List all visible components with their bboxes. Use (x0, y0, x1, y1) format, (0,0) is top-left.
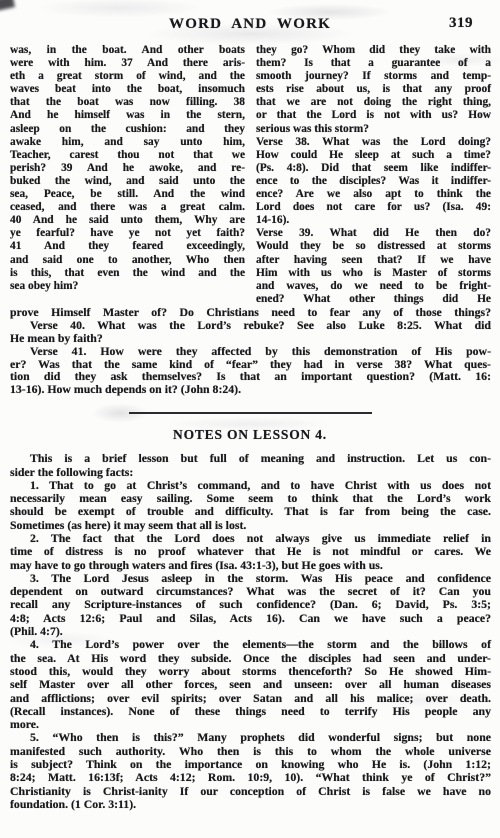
text-line: He mean by faith? (10, 332, 491, 345)
section-divider (129, 412, 372, 414)
notes-heading: NOTES ON LESSON 4. (0, 427, 500, 443)
text-line: stood this, would they worry about storm… (10, 665, 491, 678)
text-line: Verse 39. What did He then do? (256, 227, 491, 240)
text-line: 14-16). (256, 214, 491, 227)
text-line: 8:24; Matt. 16:13f; Acts 4:12; Rom. 10:9… (10, 771, 491, 784)
text-line: self Master over all other forces, seen … (10, 678, 491, 691)
text-line: ence? Are we also apt to think the (256, 188, 491, 201)
text-line: ceased, and there was a great calm. (10, 201, 245, 214)
text-line: awake him, and say unto him, (10, 136, 245, 149)
text-line: necessarily mean easy sailing. Some seem… (10, 492, 491, 505)
text-line: is subject? Think on the importance on k… (10, 758, 491, 771)
text-line: eth a great storm of wind, and the (10, 70, 245, 83)
scripture-text: was, in the boat. And other boatswere wi… (0, 44, 500, 306)
text-line: prove Himself Master of? Do Christians n… (10, 306, 491, 319)
text-line: Christianity is Christ-ianity If our con… (10, 785, 491, 798)
text-line: them? Is that a guarantee of a (256, 57, 491, 70)
text-line: 5. “Who then is this?” Many prophets did… (10, 731, 491, 744)
text-line: perish? 39 And he awoke, and re- (10, 162, 245, 175)
text-line: sider the following facts: (10, 466, 491, 479)
text-line: and said one to another, Who then (10, 254, 245, 267)
text-line: 2. The fact that the Lord does not alway… (10, 532, 491, 545)
text-line: 4:8; Acts 12:6; Paul and Silas, Acts 16)… (10, 612, 491, 625)
questions-section: prove Himself Master of? Do Christians n… (0, 306, 500, 396)
text-line: ye fearful? have ye not yet faith? (10, 227, 245, 240)
text-line: How could He sleep at such a time? (256, 149, 491, 162)
page-header: WORD AND WORK 319 (0, 0, 500, 37)
scripture-column-left: was, in the boat. And other boatswere wi… (10, 44, 245, 306)
text-line: ened? What other things did He (256, 293, 491, 306)
text-line: or that the Lord is not with us? How (256, 109, 491, 122)
text-line: Verse 40. What was the Lord’s rebuke? Se… (10, 319, 491, 332)
text-line: that the boat was now filling. 38 (10, 96, 245, 109)
text-line: Him with us who is Master of storms (256, 267, 491, 280)
text-line: is this, that even the wind and the (10, 267, 245, 280)
text-line: 41 And they feared exceedingly, (10, 240, 245, 253)
scanned-page: WORD AND WORK 319 was, in the boat. And … (0, 0, 500, 838)
text-line: smooth journey? If storms and temp- (256, 70, 491, 83)
text-line: serious was this storm? (256, 123, 491, 136)
text-line: (Phil. 4:7). (10, 625, 491, 638)
text-line: should be exempt of trouble and difficul… (10, 505, 491, 518)
text-line: recall any Scripture-instances of such c… (10, 598, 491, 611)
text-line: sea, Peace, be still. And the wind (10, 188, 245, 201)
text-line: (Recall instances). None of these things… (10, 705, 491, 718)
text-line: were with him. 37 And there aris- (10, 57, 245, 70)
text-line: Lord does not care for us? (Isa. 49: (256, 201, 491, 214)
text-line: 1. That to go at Christ’s command, and t… (10, 479, 491, 492)
text-line: foundation. (1 Cor. 3:11). (10, 798, 491, 811)
text-line: buked the wind, and said unto the (10, 175, 245, 188)
text-line: Verse 38. What was the Lord doing? (256, 136, 491, 149)
text-line: ests rise about us, is that any proof (256, 83, 491, 96)
text-line: they go? Whom did they take with (256, 44, 491, 57)
text-line: ence to the disciples? Was it indiffer- (256, 175, 491, 188)
text-line: (Ps. 4:8). Did that seem like indiffer- (256, 162, 491, 175)
text-line: This is a brief lesson but full of meani… (10, 452, 491, 465)
text-line: sea obey him? (10, 280, 245, 293)
text-line: 13-16). How much depends on it? (John 8:… (10, 383, 491, 396)
text-line: after having seen that? If we have (256, 254, 491, 267)
text-line: 3. The Lord Jesus asleep in the storm. W… (10, 572, 491, 585)
text-line: and afflictions; over evil spirits; over… (10, 692, 491, 705)
text-line: dependent on outward circumstances? What… (10, 585, 491, 598)
text-line: time of distress is no proof whatever th… (10, 545, 491, 558)
text-line: 40 And he said unto them, Why are (10, 214, 245, 227)
text-line: Teacher, carest thou not that we (10, 149, 245, 162)
journal-title: WORD AND WORK (169, 16, 331, 32)
text-line: may have to go through waters and fires … (10, 559, 491, 572)
text-line: the sea. At His word they subside. Once … (10, 652, 491, 665)
text-line: Sometimes (as here) it may seem that all… (10, 519, 491, 532)
text-line: and waves, do we need to be fright- (256, 280, 491, 293)
text-line: more. (10, 718, 491, 731)
text-line: waves beat into the boat, insomuch (10, 83, 245, 96)
text-line: And he himself was in the stern, (10, 109, 245, 122)
text-line: Verse 41. How were they affected by this… (10, 345, 491, 358)
text-line: that we are not doing the right thing, (256, 96, 491, 109)
text-line: 4. The Lord’s power over the elements—th… (10, 638, 491, 651)
text-line: asleep on the cushion: and they (10, 123, 245, 136)
notes-section: This is a brief lesson but full of meani… (0, 452, 500, 811)
page-number: 319 (449, 15, 473, 32)
text-line: Would they be so distressed at storms (256, 240, 491, 253)
scripture-column-right: they go? Whom did they take withthem? Is… (256, 44, 491, 306)
text-line: was, in the boat. And other boats (10, 44, 245, 57)
text-line: manifested such authority. Who then is t… (10, 745, 491, 758)
